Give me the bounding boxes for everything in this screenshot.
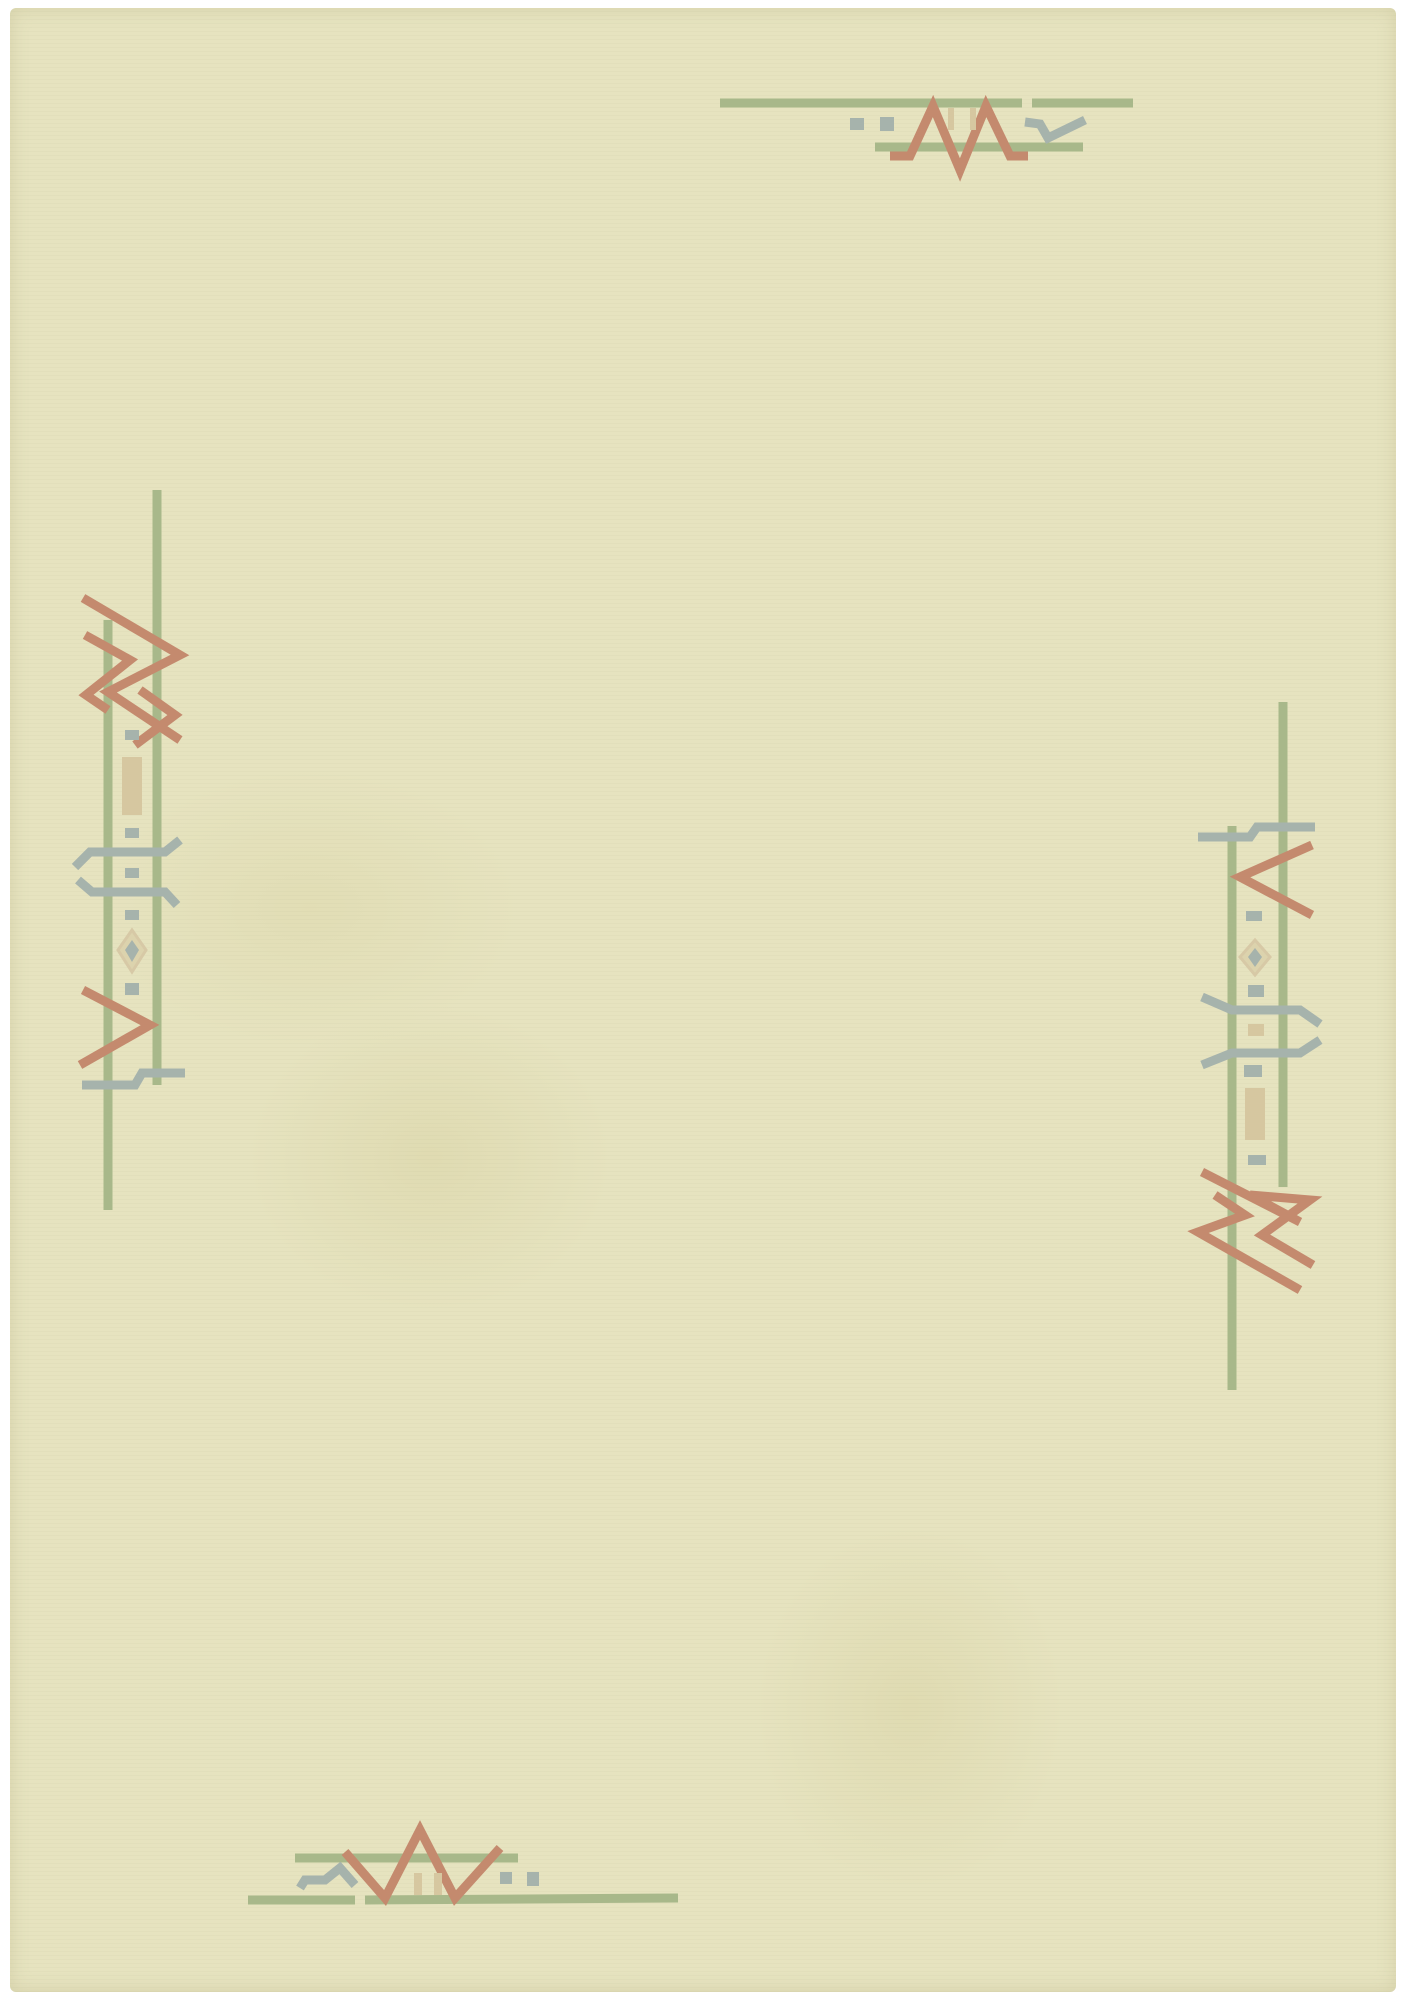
rug-motifs bbox=[0, 0, 1406, 2000]
top-center-motif bbox=[720, 103, 1133, 170]
right-side-motif bbox=[1198, 702, 1320, 1390]
left-side-motif bbox=[75, 490, 185, 1210]
bottom-center-motif bbox=[248, 1830, 678, 1900]
